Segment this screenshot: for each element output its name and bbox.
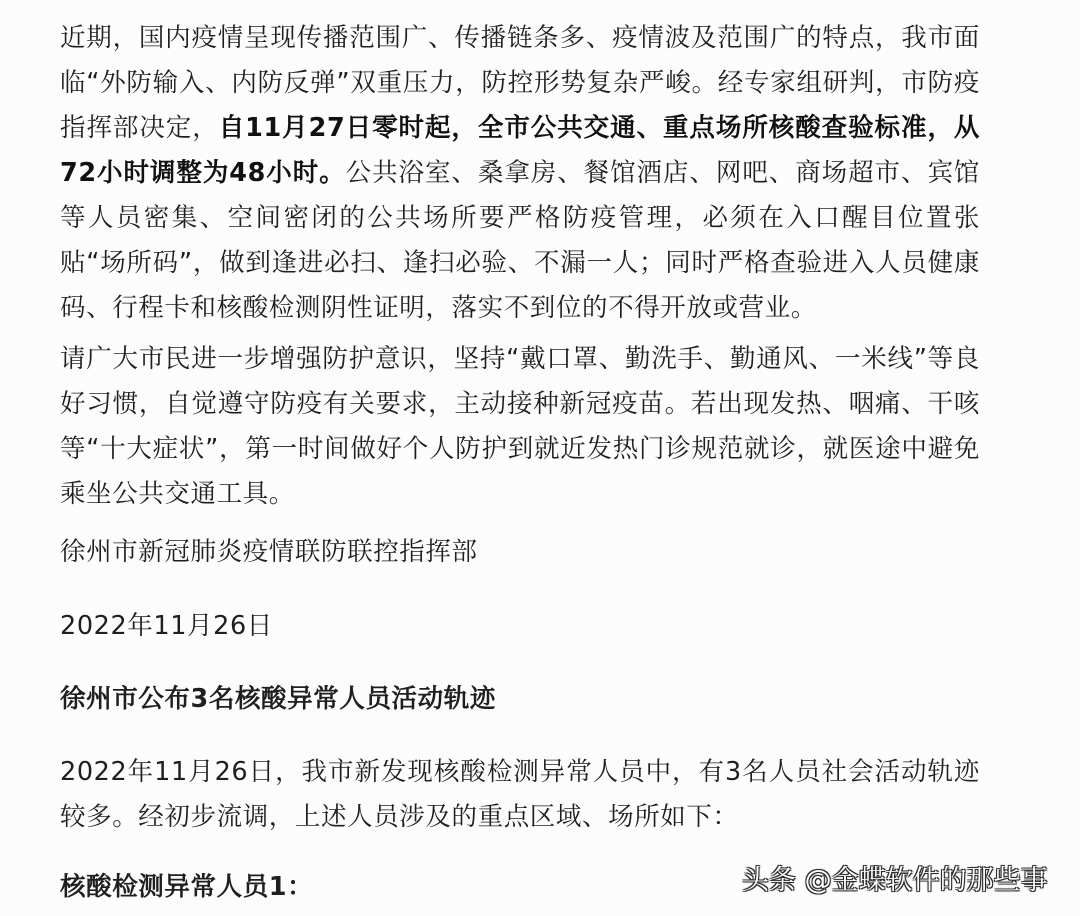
signature: 徐州市新冠肺炎疫情联防联控指挥部 bbox=[60, 530, 980, 575]
paragraph-trace-intro: 2022年11月26日，我市新发现核酸检测异常人员中，有3名人员社会活动轨迹较多… bbox=[60, 750, 980, 840]
paragraph-citizen-advice: 请广大市民进一步增强防护意识，坚持“戴口罩、勤洗手、勤通风、一米线”等良好习惯，… bbox=[60, 337, 980, 517]
date: 2022年11月26日 bbox=[60, 604, 980, 649]
subheading: 徐州市公布3名核酸异常人员活动轨迹 bbox=[60, 677, 980, 722]
paragraph-announcement: 近期，国内疫情呈现传播范围广、传播链条多、疫情波及范围广的特点，我市面临“外防输… bbox=[60, 16, 980, 331]
watermark: 头条 @金蝶软件的那些事 bbox=[742, 858, 1048, 897]
